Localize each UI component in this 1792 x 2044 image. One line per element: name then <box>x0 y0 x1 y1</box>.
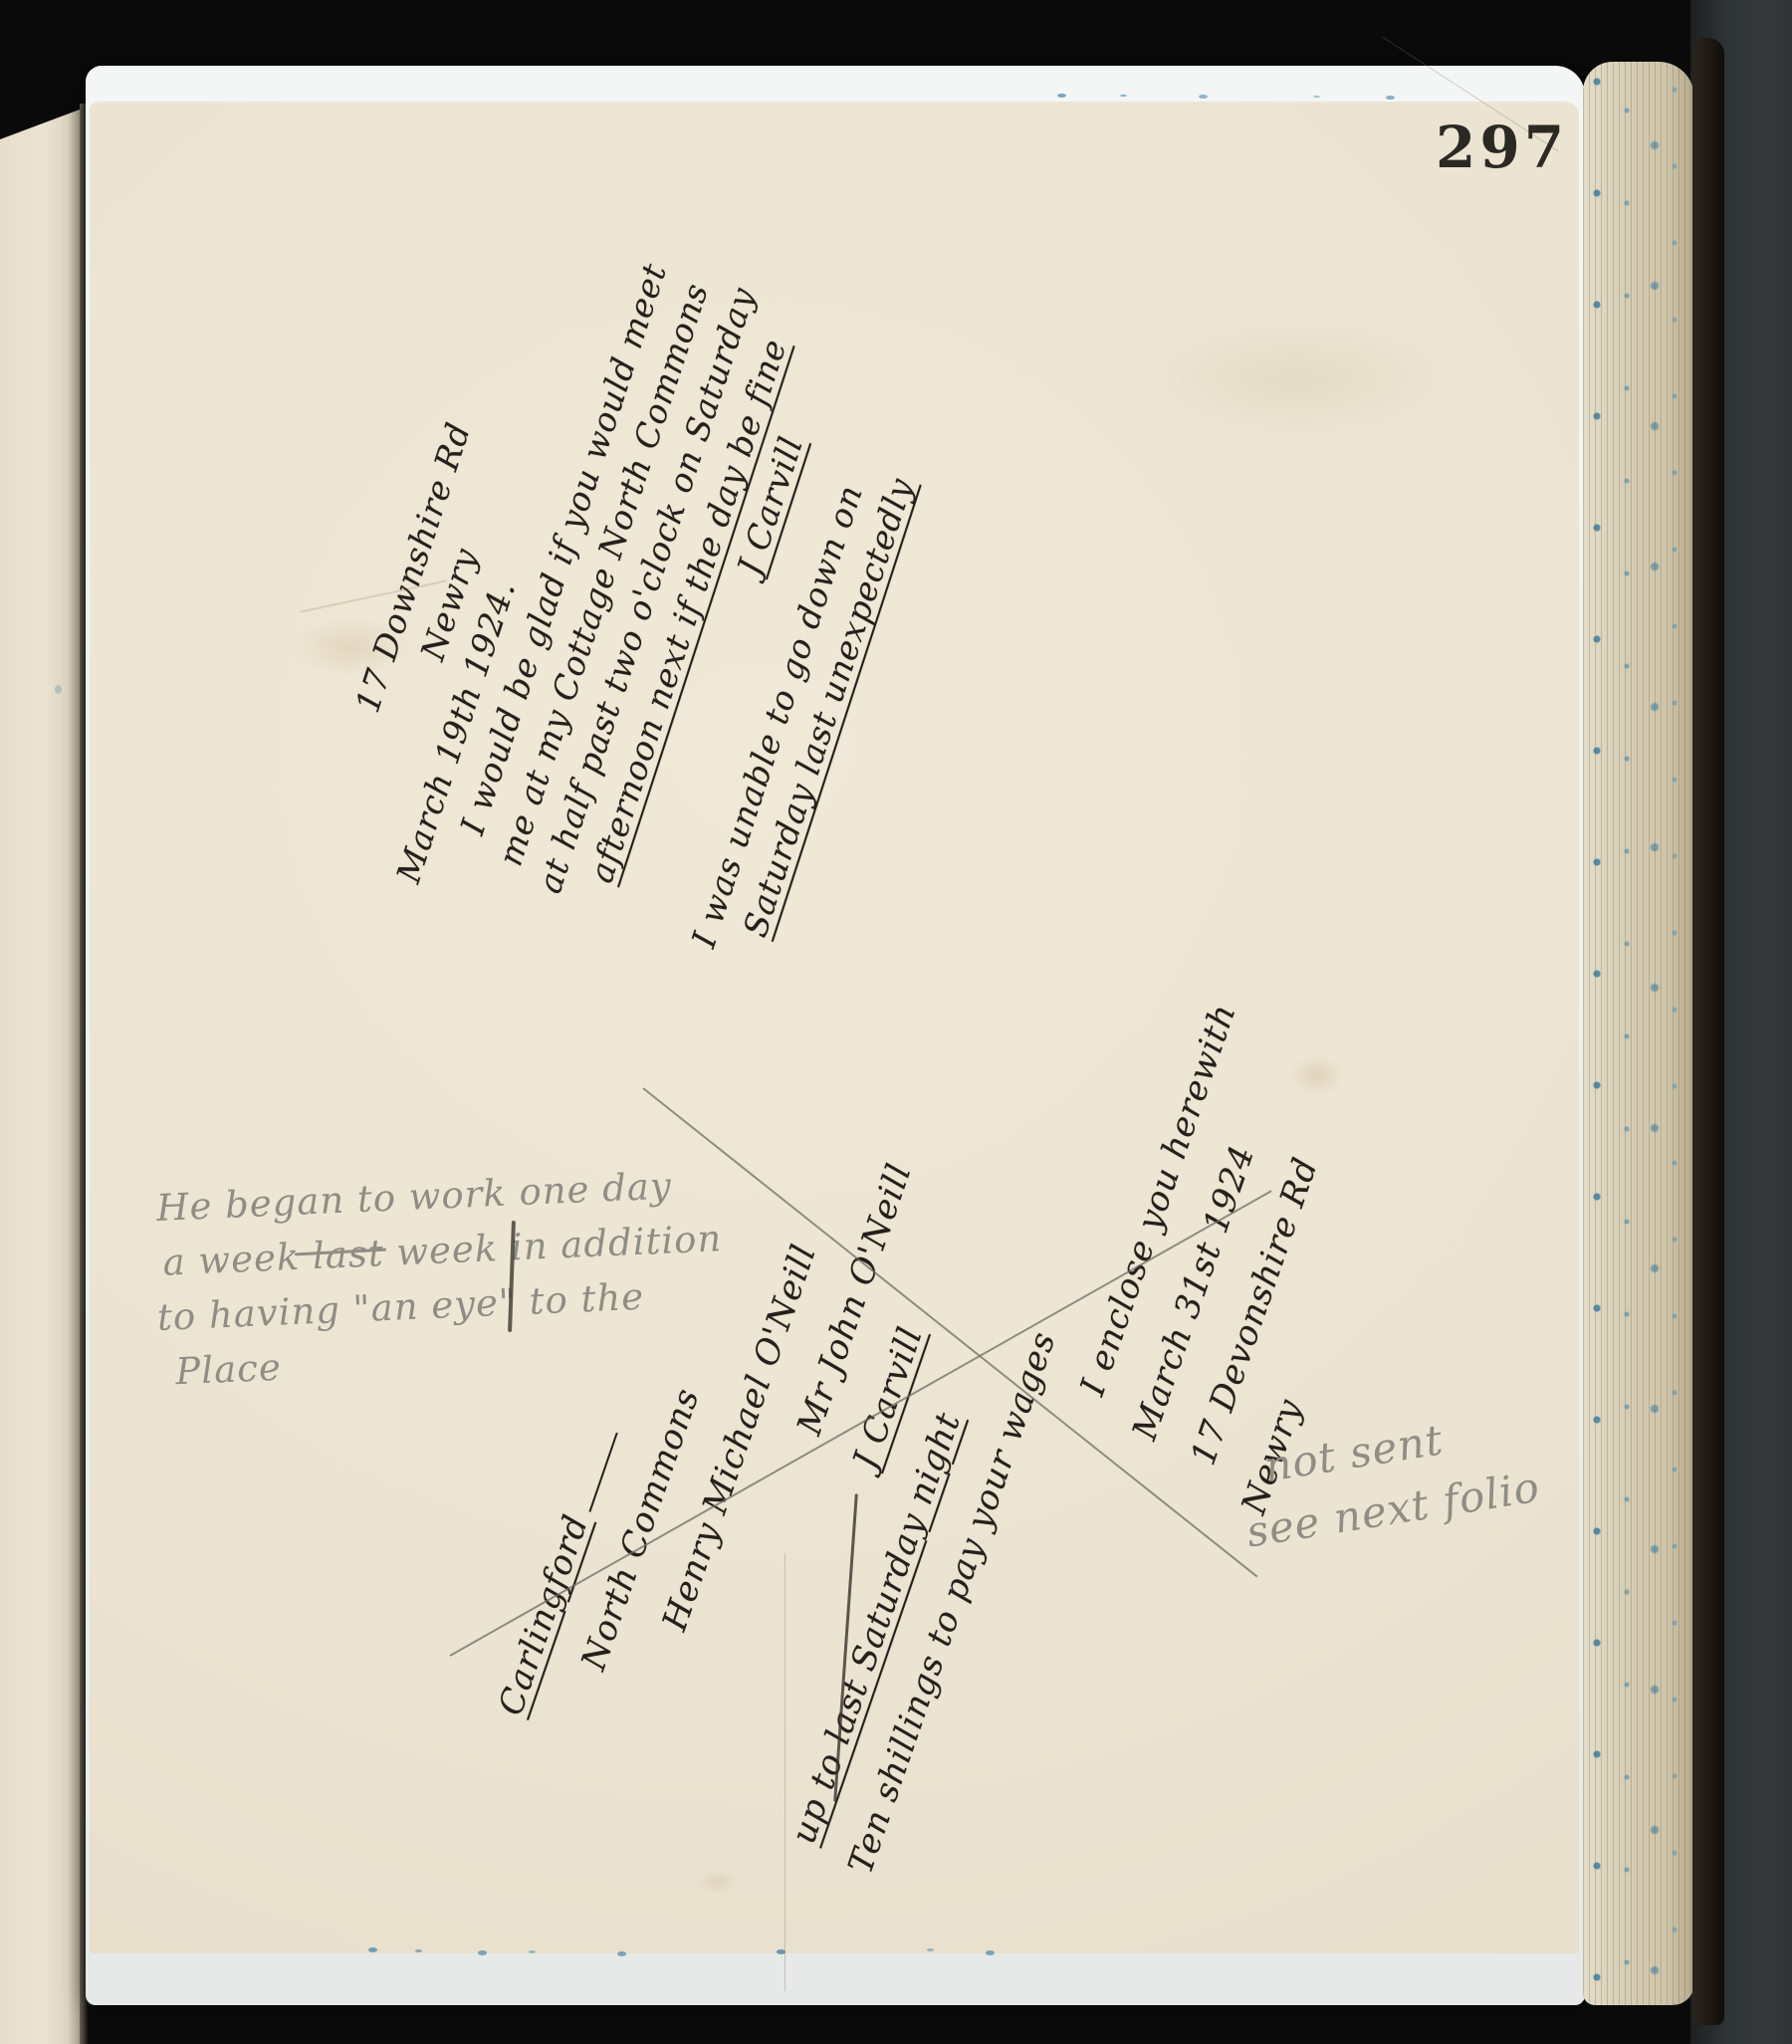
blue-ink-speck <box>55 685 62 694</box>
letterbook-scan-photo: 297 17 Downshire Rd Newry March 19th 192… <box>0 0 1792 2044</box>
book-cover-edge <box>1692 38 1724 2025</box>
page-edge-stack <box>1583 62 1694 2005</box>
blue-ink-specks <box>368 1947 377 1952</box>
opposite-page-edge <box>0 110 80 2044</box>
paper-stain <box>697 1870 737 1894</box>
edge-speckles <box>1583 62 1694 2005</box>
show-through-ghost-text <box>1145 319 1444 438</box>
pencil-margin-note: He began to work one day a week last wee… <box>155 1156 728 1399</box>
blue-ink-specks <box>1057 94 1066 98</box>
folio-number: 297 <box>1436 114 1568 181</box>
